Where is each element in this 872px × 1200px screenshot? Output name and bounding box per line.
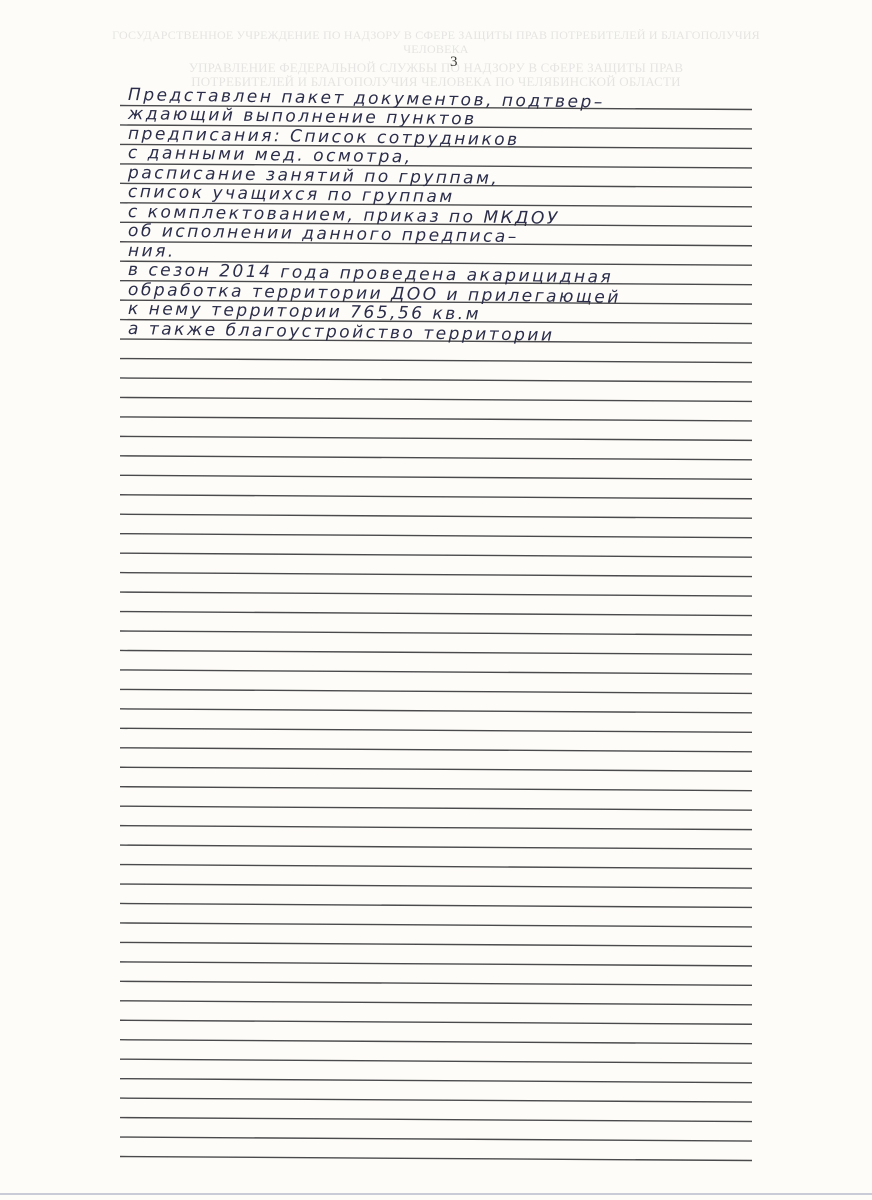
ruled-line: [120, 1157, 752, 1161]
ruled-line: [120, 475, 752, 479]
ruled-line: [120, 397, 752, 401]
ruled-line: [120, 514, 752, 518]
ruled-line: [120, 1098, 752, 1102]
ruled-line: [120, 884, 752, 888]
ruled-line: [120, 981, 752, 985]
ruled-line: [120, 495, 752, 499]
ruled-line: [120, 553, 752, 557]
ruled-line: [120, 592, 752, 596]
ruled-line: [120, 748, 752, 752]
ruled-line: [120, 378, 752, 382]
ruled-line: [120, 787, 752, 791]
ruled-line: [120, 1040, 752, 1044]
scanned-document-page: ГОСУДАРСТВЕННОЕ УЧРЕЖДЕНИЕ ПО НАДЗОРУ В …: [0, 0, 872, 1200]
ruled-line: [120, 1118, 752, 1122]
ruled-line: [120, 1137, 752, 1141]
page-bottom-edge: [0, 1193, 872, 1195]
ruled-line: [120, 456, 752, 460]
ruled-line: [120, 709, 752, 713]
ruled-line: [120, 1079, 752, 1083]
ruled-line: [120, 767, 752, 771]
ruled-line: [120, 923, 752, 927]
ruled-line: [120, 728, 752, 732]
ruled-line: [120, 689, 752, 693]
ruled-line: [120, 1059, 752, 1063]
ruled-line: [120, 942, 752, 946]
ruled-line: [120, 417, 752, 421]
ruled-line: [120, 631, 752, 635]
ruled-line: [120, 650, 752, 654]
ruled-line: [120, 670, 752, 674]
ruled-line: [120, 903, 752, 907]
ruled-line: [120, 826, 752, 830]
ruled-line: [120, 1020, 752, 1024]
ruled-line: [120, 962, 752, 966]
ruled-line: [120, 845, 752, 849]
ruled-line: [120, 612, 752, 616]
handwritten-line: ния.: [128, 241, 176, 262]
ruled-line: [120, 806, 752, 810]
ruled-line: [120, 573, 752, 577]
ruled-line: [120, 865, 752, 869]
ruled-line: [120, 436, 752, 440]
ruled-line: [120, 1001, 752, 1005]
ruled-line: [120, 359, 752, 363]
ruled-line: [120, 534, 752, 538]
